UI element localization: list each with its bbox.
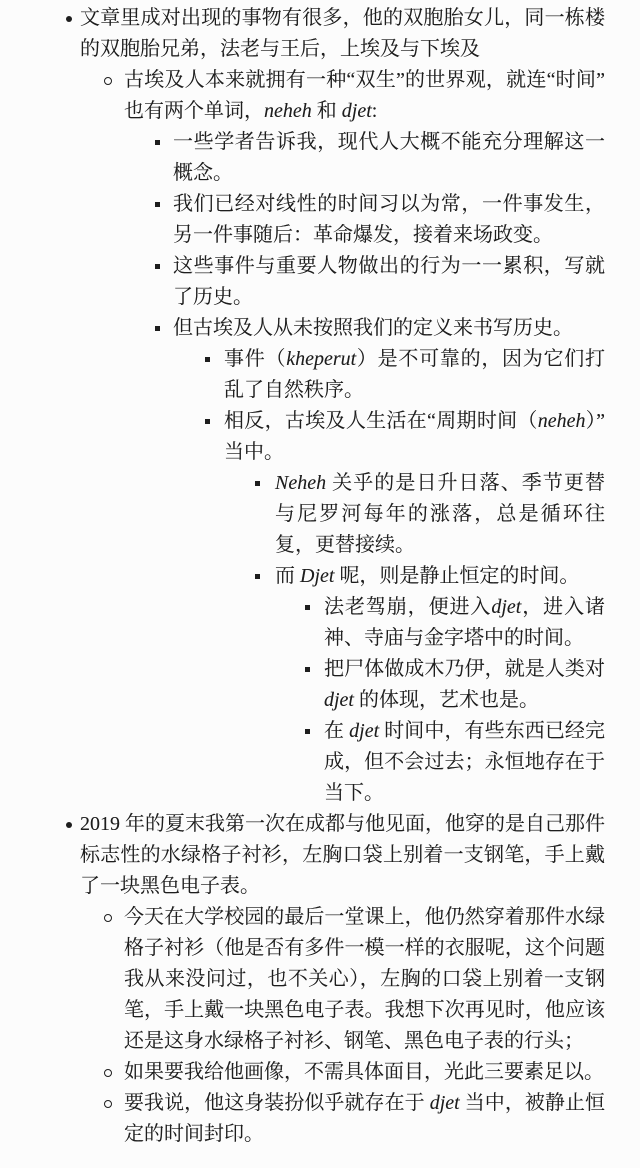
page-background: { "page": { "background_color": "#fcfcfc… [0, 0, 640, 1168]
list-item: 一些学者告诉我，现代人大概不能充分理解这一概念。 [173, 127, 605, 189]
list-item-text: 事件（kheperut）是不可靠的，因为它们打乱了自然秩序。 [224, 344, 605, 406]
bullet-circle-icon [104, 914, 112, 922]
bullet-square-icon [155, 202, 160, 207]
list-item: 如果要我给他画像，不需具体面目，光此三要素足以。 [124, 1057, 605, 1088]
list-item-text: 相反，古埃及人生活在“周期时间（neheh）”当中。 [224, 406, 605, 468]
list-item: 这些事件与重要人物做出的行为一一累积，写就了历史。 [173, 251, 605, 313]
outline-list-level-2: 今天在大学校园的最后一堂课上，他仍然穿着那件水绿格子衬衫（他是否有多件一模一样的… [80, 902, 605, 1150]
document-page: 文章里成对出现的事物有很多，他的双胞胎女儿，同一栋楼的双胞胎兄弟，法老与王后，上… [0, 0, 640, 1150]
text-segment: 而 [275, 565, 300, 587]
list-item-text: 古埃及人本来就拥有一种“双生”的世界观，就连“时间”也有两个单词，neheh 和… [124, 65, 605, 127]
bullet-dot-icon [66, 822, 72, 828]
text-segment: 呢，则是静止恒定的时间。 [334, 565, 579, 587]
list-item-text: 2019 年的夏末我第一次在成都与他见面，他穿的是自己那件标志性的水绿格子衬衫，… [80, 809, 605, 902]
outline-list-level-3: 一些学者告诉我，现代人大概不能充分理解这一概念。我们已经对线性的时间习以为常，一… [124, 127, 605, 809]
list-item: 古埃及人本来就拥有一种“双生”的世界观，就连“时间”也有两个单词，neheh 和… [124, 65, 605, 809]
list-item-text: 在 djet 时间中，有些东西已经完成，但不会过去；永恒地存在于当下。 [324, 716, 605, 809]
bullet-circle-icon [104, 77, 112, 85]
list-item: 2019 年的夏末我第一次在成都与他见面，他穿的是自己那件标志性的水绿格子衬衫，… [80, 809, 605, 1150]
list-item-text: 文章里成对出现的事物有很多，他的双胞胎女儿，同一栋楼的双胞胎兄弟，法老与王后，上… [80, 3, 605, 65]
list-item-text: 而 Djet 呢，则是静止恒定的时间。 [275, 561, 605, 592]
outline-list-level-6: 法老驾崩，便进入djet，进入诸神、寺庙与金字塔中的时间。把尸体做成木乃伊，就是… [275, 592, 605, 809]
list-item-text: 把尸体做成木乃伊，就是人类对 djet 的体现，艺术也是。 [324, 654, 605, 716]
text-segment: 相反，古埃及人生活在“周期时间（ [224, 410, 538, 432]
list-item-text: 要我说，他这身装扮似乎就存在于 djet 当中，被静止恒定的时间封印。 [124, 1088, 605, 1150]
list-item-text: 法老驾崩，便进入djet，进入诸神、寺庙与金字塔中的时间。 [324, 592, 605, 654]
bullet-square-icon [305, 667, 310, 672]
text-segment: 的体现，艺术也是。 [354, 689, 539, 711]
text-segment: 今天在大学校园的最后一堂课上，他仍然穿着那件水绿格子衬衫（他是否有多件一模一样的… [124, 906, 605, 1052]
text-segment: : [372, 100, 378, 122]
list-item: 把尸体做成木乃伊，就是人类对 djet 的体现，艺术也是。 [324, 654, 605, 716]
text-segment: 如果要我给他画像，不需具体面目，光此三要素足以。 [124, 1061, 604, 1083]
list-item: 我们已经对线性的时间习以为常，一件事发生，另一件事随后：革命爆发，接着来场政变。 [173, 189, 605, 251]
list-item: 在 djet 时间中，有些东西已经完成，但不会过去；永恒地存在于当下。 [324, 716, 605, 809]
list-item: Neheh 关乎的是日升日落、季节更替与尼罗河每年的涨落，总是循环往复，更替接续… [275, 468, 605, 561]
list-item-text: 如果要我给他画像，不需具体面目，光此三要素足以。 [124, 1057, 605, 1088]
text-segment: 把尸体做成木乃伊，就是人类对 [324, 658, 605, 680]
text-segment: 一些学者告诉我，现代人大概不能充分理解这一概念。 [173, 131, 605, 184]
list-item: 文章里成对出现的事物有很多，他的双胞胎女儿，同一栋楼的双胞胎兄弟，法老与王后，上… [80, 3, 605, 809]
bullet-square-icon [255, 481, 260, 486]
bullet-square-icon [255, 574, 260, 579]
outline-list-level-1: 文章里成对出现的事物有很多，他的双胞胎女儿，同一栋楼的双胞胎兄弟，法老与王后，上… [0, 3, 605, 1150]
outline-list-level-4: 事件（kheperut）是不可靠的，因为它们打乱了自然秩序。相反，古埃及人生活在… [173, 344, 605, 809]
text-segment: 和 [312, 100, 342, 122]
list-item-text: 但古埃及人从未按照我们的定义来书写历史。 [173, 313, 605, 344]
list-item-text: 我们已经对线性的时间习以为常，一件事发生，另一件事随后：革命爆发，接着来场政变。 [173, 189, 605, 251]
bullet-square-icon [155, 264, 160, 269]
italic-term: djet [324, 689, 354, 711]
list-item: 要我说，他这身装扮似乎就存在于 djet 当中，被静止恒定的时间封印。 [124, 1088, 605, 1150]
list-item: 但古埃及人从未按照我们的定义来书写历史。事件（kheperut）是不可靠的，因为… [173, 313, 605, 809]
italic-term: neheh [538, 410, 586, 432]
italic-term: Djet [300, 565, 334, 587]
list-item: 事件（kheperut）是不可靠的，因为它们打乱了自然秩序。 [224, 344, 605, 406]
list-item-text: 今天在大学校园的最后一堂课上，他仍然穿着那件水绿格子衬衫（他是否有多件一模一样的… [124, 902, 605, 1057]
italic-term: kheperut [286, 348, 356, 370]
bullet-square-icon [305, 605, 310, 610]
bullet-square-icon [155, 326, 160, 331]
italic-term: djet [349, 720, 379, 742]
outline-list-level-5: Neheh 关乎的是日升日落、季节更替与尼罗河每年的涨落，总是循环往复，更替接续… [224, 468, 605, 809]
list-item-text: 这些事件与重要人物做出的行为一一累积，写就了历史。 [173, 251, 605, 313]
text-segment: 在 [324, 720, 349, 742]
outline-list-level-2: 古埃及人本来就拥有一种“双生”的世界观，就连“时间”也有两个单词，neheh 和… [80, 65, 605, 809]
text-segment: 我们已经对线性的时间习以为常，一件事发生，另一件事随后：革命爆发，接着来场政变。 [173, 193, 605, 246]
bullet-dot-icon [66, 16, 72, 22]
list-item: 今天在大学校园的最后一堂课上，他仍然穿着那件水绿格子衬衫（他是否有多件一模一样的… [124, 902, 605, 1057]
bullet-square-icon [205, 419, 210, 424]
italic-term: djet [430, 1092, 460, 1114]
text-segment: 法老驾崩，便进入 [324, 596, 491, 618]
italic-term: djet [491, 596, 521, 618]
italic-term: djet [342, 100, 372, 122]
bullet-circle-icon [104, 1100, 112, 1108]
text-segment: 这些事件与重要人物做出的行为一一累积，写就了历史。 [173, 255, 605, 308]
outline: 文章里成对出现的事物有很多，他的双胞胎女儿，同一栋楼的双胞胎兄弟，法老与王后，上… [0, 3, 605, 1150]
list-item: 法老驾崩，便进入djet，进入诸神、寺庙与金字塔中的时间。 [324, 592, 605, 654]
list-item-text: 一些学者告诉我，现代人大概不能充分理解这一概念。 [173, 127, 605, 189]
italic-term: neheh [264, 100, 312, 122]
list-item: 而 Djet 呢，则是静止恒定的时间。法老驾崩，便进入djet，进入诸神、寺庙与… [275, 561, 605, 809]
text-segment: 2019 年的夏末我第一次在成都与他见面，他穿的是自己那件标志性的水绿格子衬衫，… [80, 813, 605, 897]
italic-term: Neheh [275, 472, 326, 494]
text-segment: 事件（ [224, 348, 286, 370]
bullet-square-icon [205, 357, 210, 362]
bullet-square-icon [305, 729, 310, 734]
list-item: 相反，古埃及人生活在“周期时间（neheh）”当中。Neheh 关乎的是日升日落… [224, 406, 605, 809]
text-segment: 要我说，他这身装扮似乎就存在于 [124, 1092, 430, 1114]
bullet-circle-icon [104, 1069, 112, 1077]
text-segment: 但古埃及人从未按照我们的定义来书写历史。 [173, 317, 573, 339]
list-item-text: Neheh 关乎的是日升日落、季节更替与尼罗河每年的涨落，总是循环往复，更替接续… [275, 468, 605, 561]
text-segment: 文章里成对出现的事物有很多，他的双胞胎女儿，同一栋楼的双胞胎兄弟，法老与王后，上… [80, 7, 605, 60]
bullet-square-icon [155, 140, 160, 145]
